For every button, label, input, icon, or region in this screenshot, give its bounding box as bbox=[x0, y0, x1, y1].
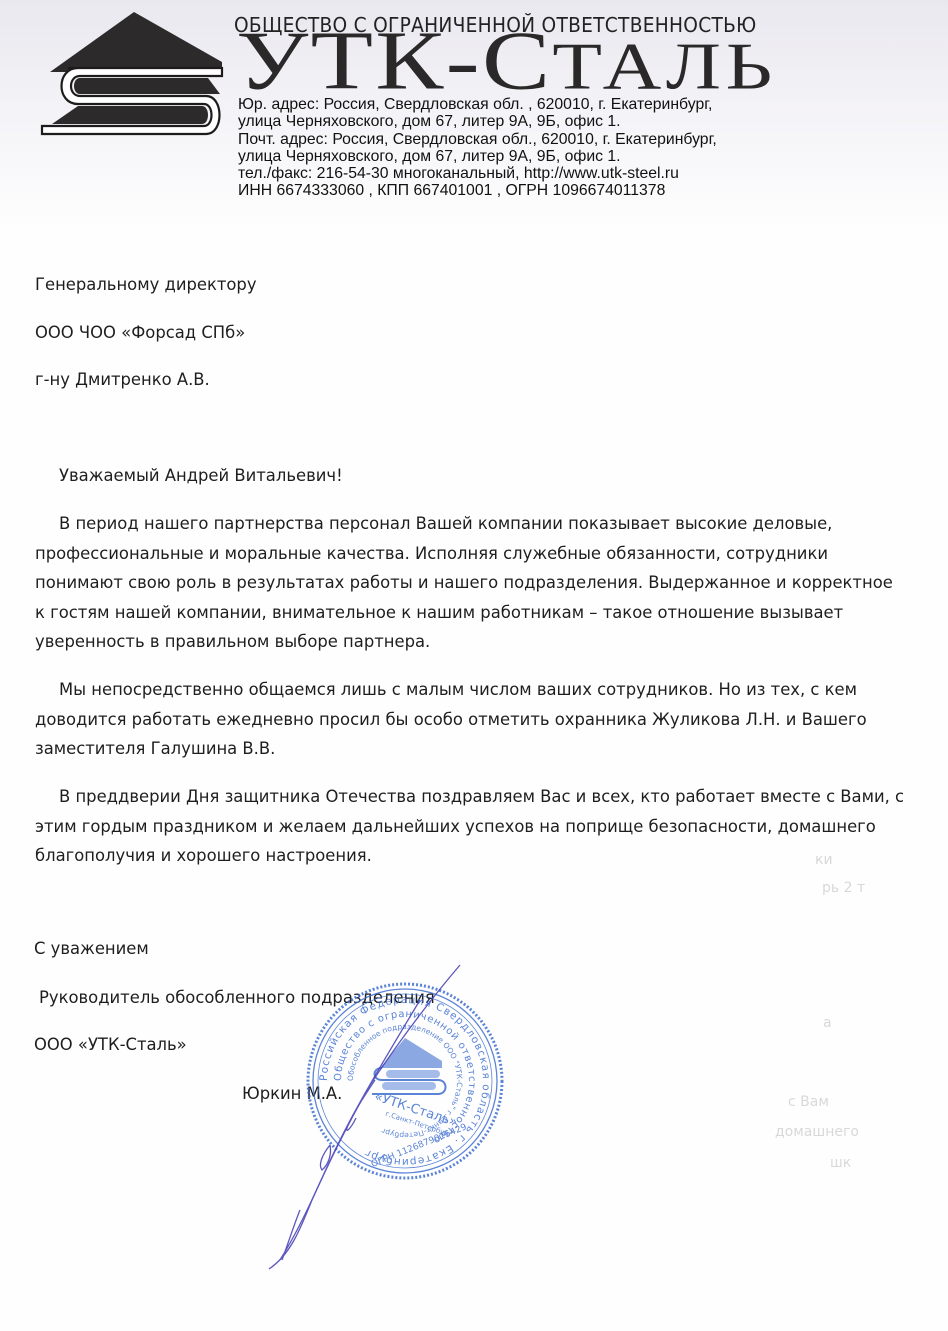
signer-company: ООО «УТК-Сталь» bbox=[34, 1035, 187, 1054]
recipient-company: ООО ЧОО «Форсад СПб» bbox=[35, 323, 245, 342]
recipient-position: Генеральному директору bbox=[35, 275, 257, 294]
paragraph-congratulations: В преддверии Дня защитника Отечества поз… bbox=[35, 782, 915, 871]
phone-website-line: тел./факс: 216-54-30 многоканальный, htt… bbox=[238, 165, 717, 182]
recipient-name: г-ну Дмитренко А.В. bbox=[35, 370, 210, 389]
company-contacts: Юр. адрес: Россия, Свердловская обл. , 6… bbox=[238, 96, 724, 200]
greeting: Уважаемый Андрей Витальевич! bbox=[59, 466, 343, 485]
legal-address-line-1: Юр. адрес: Россия, Свердловская обл. , 6… bbox=[238, 96, 717, 113]
handwritten-signature-icon bbox=[260, 960, 480, 1280]
paragraph-partnership: В период нашего партнерства персонал Ваш… bbox=[35, 509, 915, 657]
legal-address-line-2: улица Черняховского, дом 67, литер 9А, 9… bbox=[238, 113, 717, 130]
registration-numbers-line: ИНН 6674333060 , КПП 667401001 , ОГРН 10… bbox=[238, 182, 717, 199]
closing-regards: С уважением bbox=[34, 939, 149, 958]
postal-address-line-1: Почт. адрес: Россия, Свердловская обл., … bbox=[238, 131, 717, 148]
paragraph-staff-mention: Мы непосредственно общаемся лишь с малым… bbox=[35, 675, 915, 764]
postal-address-line-2: улица Черняховского, дом 67, литер 9А, 9… bbox=[238, 148, 717, 165]
company-logo-icon bbox=[38, 10, 228, 138]
